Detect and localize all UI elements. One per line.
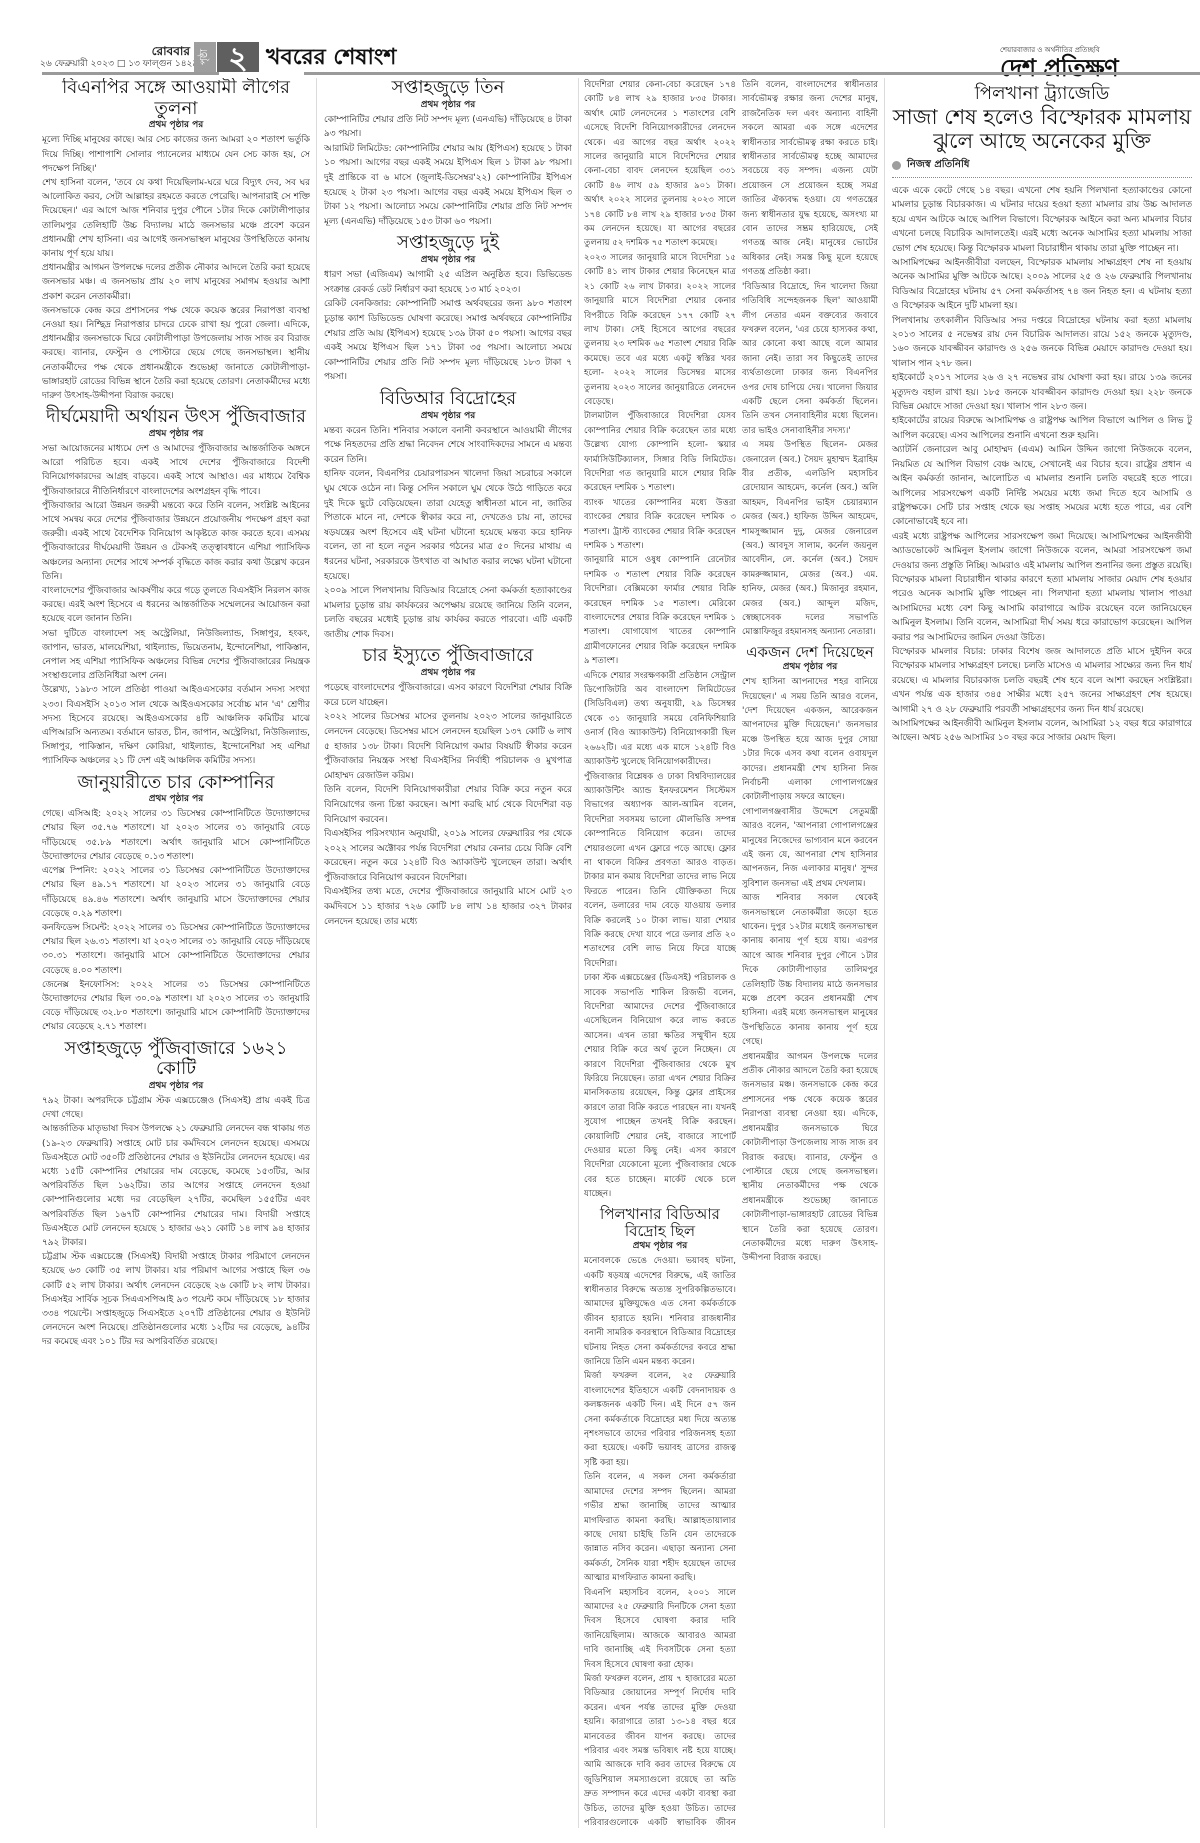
story-body: গেছে। এসিআই: ২০২২ সালের ৩১ ডিসেম্বর কোম্… — [42, 807, 310, 1034]
issue-dateline: ২৬ ফেব্রুয়ারী ২০২৩ □ ১৩ ফাল্গুন ১৪২৯ — [40, 58, 190, 70]
story-body: মন্তব্য করেন তিনি। শনিবার সকালে বনানী কব… — [324, 424, 572, 643]
paragraph: ৭৯২ টাকা। অপরদিকে চট্টগ্রাম স্টক এক্সচেঞ… — [42, 1094, 310, 1122]
paragraph: চট্টগ্রাম স্টক এক্সচেঞ্জে (সিএসই) বিদায়… — [42, 1250, 310, 1349]
paragraph: শেখ হাসিনা বলেন, 'তবে যে কথা দিয়েছিলাম-… — [42, 176, 310, 261]
paragraph: পুঁজিবাজার আরো উন্নয়ন জরুরী মন্তব্যে কর… — [42, 499, 310, 584]
paragraph: তিনি বলেন, এ সকল সেনা কর্মকর্তারা আমাদের… — [584, 1470, 736, 1585]
paragraph: মির্জা ফখরুল বলেন, প্রায় ৭ হাজারের মতো … — [584, 1672, 736, 1833]
paragraph: কনফিডেন্স সিমেন্ট: ২০২২ সালের ৩১ ডিসেম্ব… — [42, 921, 310, 978]
paragraph: এ সময় উপস্থিত ছিলেন- মেজর জেনারেল (অব.)… — [742, 438, 878, 640]
story-pilkhana-tragedy: পিলখানা ট্র্যাজেডি সাজা শেষ হলেও বিস্ফোর… — [892, 84, 1192, 746]
story-bnp-awami: বিএনপির সঙ্গে আওয়ামী লীগের তুলনা প্রথম … — [42, 78, 310, 403]
paragraph: বিস্ফোরক মামলার বিচার: ঢাকার বিশেষ জজ আদ… — [892, 645, 1192, 717]
headline: জানুয়ারীতে চার কোম্পানির — [42, 773, 310, 794]
headline: সপ্তাহজুড়ে পুঁজিবাজারে ১৬২১ কোটি — [42, 1039, 310, 1080]
paragraph: মির্জা ফখরুল বলেন, ২৫ ফেব্রুয়ারি বাংলাদ… — [584, 1369, 736, 1470]
paragraph: মূল্যে দিচ্ছি মানুষের কাছে। আর সেচ কাজের… — [42, 133, 310, 176]
paragraph: হাইকোর্টে ২০১৭ সালের ২৬ ও ২৭ নভেম্বর রায… — [892, 371, 1192, 414]
paragraph: শেখ হাসিনা আপনাদের শহর বানিয়ে দিয়েছেন।… — [742, 675, 878, 805]
issue-day: রোববার — [40, 44, 190, 58]
story-weekly-three: সপ্তাহজুড়ে তিন প্রথম পৃষ্ঠার পর কোম্পান… — [324, 78, 572, 229]
paragraph: এদিকে শেয়ার সংরক্ষণকারী প্রতিষ্ঠান সেন্… — [584, 669, 736, 770]
paragraph: মনোবলকে ভেঙে দেওয়া। ভয়াবহ ঘটনা, একটি ষ… — [584, 1254, 736, 1369]
continued-label: প্রথম পৃষ্ঠার পর — [42, 428, 310, 440]
story-body: মনোবলকে ভেঙে দেওয়া। ভয়াবহ ঘটনা, একটি ষ… — [584, 1254, 736, 1833]
continued-label: প্রথম পৃষ্ঠার পর — [324, 410, 572, 422]
page-label: পৃষ্ঠা — [194, 42, 216, 72]
story-weekly-two: সপ্তাহজুড়ে দুই প্রথম পৃষ্ঠার পর ধারণ সভ… — [324, 233, 572, 384]
paragraph: কোম্পানিটির শেয়ার প্রতি নিট সম্পদ মূল্য… — [324, 113, 572, 142]
headline-line-1: সাজা শেষ হলেও বিস্ফোরক মামলায় — [892, 105, 1192, 129]
story-body: একে একে কেটে গেছে ১৪ বছর। এখনো শেষ হয়নি… — [892, 184, 1192, 746]
story-bdr-aftermath: বিডিআর বিদ্রোহের প্রথম পৃষ্ঠার পর মন্তব্… — [324, 389, 572, 643]
paragraph: ২০২৩ সালের জানুয়ারি মাসে বিদেশিরা ১৫ কো… — [584, 251, 736, 409]
paragraph: জেনেক্স ইনফোসিস: ২০২২ সালের ৩১ ডিসেম্বর … — [42, 978, 310, 1035]
paragraph: পড়েছে বাংলাদেশের পুঁজিবাজারে। এসব কারণে… — [324, 681, 572, 710]
continued-label: প্রথম পৃষ্ঠার পর — [42, 119, 310, 131]
continued-label: প্রথম পৃষ্ঠার পর — [742, 661, 878, 673]
story-body: কোম্পানিটির শেয়ার প্রতি নিট সম্পদ মূল্য… — [324, 113, 572, 230]
paragraph: বিদেশিরা শেয়ার কেনা-বেচা করেছেন ১৭৪ কোট… — [584, 78, 736, 251]
paragraph: সভা আয়োজনের মাধ্যমে দেশ ও আমাদের পুঁজিব… — [42, 442, 310, 499]
paragraph: বিস্ফোরক মামলা বিচারাধীন থাকার কারণে হত্… — [892, 573, 1192, 645]
paragraph: আসামিপক্ষের আইনজীবীরা বলছেন, বিস্ফোরক মা… — [892, 256, 1192, 314]
masthead: রোববার ২৬ ফেব্রুয়ারী ২০২৩ □ ১৩ ফাল্গুন … — [0, 0, 1200, 70]
paragraph: ব্যাংক খাতের কোম্পানির মধ্যে উত্তরা ব্যা… — [584, 496, 736, 554]
column-right: পিলখানা ট্র্যাজেডি সাজা শেষ হলেও বিস্ফোর… — [892, 78, 1192, 1833]
story-body: সভা আয়োজনের মাধ্যমে দেশ ও আমাদের পুঁজিব… — [42, 442, 310, 769]
kicker: পিলখানা ট্র্যাজেডি — [892, 84, 1192, 105]
headline-line-2: ঝুলে আছে অনেকের মুক্তি — [892, 129, 1192, 153]
column-center-right: তিনি বলেন, বাংলাদেশের স্বাধীনতার সার্বভৌ… — [742, 78, 878, 1833]
page-number-badge: ২ — [217, 42, 259, 72]
paragraph: হাইকোর্টের রায়ের বিরুদ্ধে আসামিপক্ষ ও র… — [892, 414, 1192, 443]
paragraph: উল্লেখ্য, ১৯৮৩ সালে প্রতিষ্ঠা পাওয়া আইও… — [42, 683, 310, 768]
paragraph: বিএনপি মহাসচিব বলেন, ২০০১ সালে আমাদের ২৫… — [584, 1586, 736, 1672]
paragraph: বিএসইসির পরিসংখ্যান অনুযায়ী, ২০১৯ সালের… — [324, 827, 572, 885]
story-long-term-finance: দীর্ঘমেয়াদী অর্থায়ন উৎস পুঁজিবাজার প্র… — [42, 407, 310, 768]
story-body: শেখ হাসিনা আপনাদের শহর বানিয়ে দিয়েছেন।… — [742, 675, 878, 1266]
paragraph: এপেক্স স্পিনিং: ২০২২ সালের ৩১ ডিসেম্বর ক… — [42, 864, 310, 921]
issue-date-block: রোববার ২৬ ফেব্রুয়ারী ২০২৩ □ ১৩ ফাল্গুন … — [40, 44, 190, 70]
paragraph: ঢাকা স্টক এক্সচেঞ্জের (ডিএসই) পরিচালক ও … — [584, 971, 736, 1202]
paragraph: আন্তর্জাতিক মাতৃভাষা দিবস উপলক্ষে ২১ ফেব… — [42, 1122, 310, 1250]
paragraph: আজ শনিবার সকাল থেকেই জনসভাস্থলে নেতাকর্ম… — [742, 891, 878, 1049]
paragraph: একে একে কেটে গেছে ১৪ বছর। এখনো শেষ হয়নি… — [892, 184, 1192, 256]
continued-label: প্রথম পৃষ্ঠার পর — [324, 667, 572, 679]
paragraph: প্রধানমন্ত্রীর আগমন উপলক্ষে দলের প্রতীক … — [42, 261, 310, 304]
paragraph: ধারণ সভা (এজিএম) আগামী ২৫ এপ্রিল অনুষ্ঠি… — [324, 268, 572, 297]
paragraph: এরই মধ্যে রাষ্ট্রপক্ষ আপিলের সারসংক্ষেপ … — [892, 530, 1192, 573]
column-left: বিএনপির সঙ্গে আওয়ামী লীগের তুলনা প্রথম … — [42, 78, 310, 1833]
column-divider — [578, 78, 579, 1828]
story-one-gave-country: একজন দেশ দিয়েছেন প্রথম পৃষ্ঠার পর শেখ হ… — [742, 644, 878, 1266]
paragraph: 'বিডিআর বিদ্রোহে, দিন খালেদা জিয়া গতিবি… — [742, 280, 878, 438]
story-body: ৭৯২ টাকা। অপরদিকে চট্টগ্রাম স্টক এক্সচেঞ… — [42, 1094, 310, 1350]
paragraph: গোপালগঞ্জবাসীর উদ্দেশে সেতুমন্ত্রী আরও ব… — [742, 805, 878, 891]
paragraph: জানুয়ারি মাসে ওষুধ কোম্পানি রেনেটার দশম… — [584, 553, 736, 668]
column-center-left: সপ্তাহজুড়ে তিন প্রথম পৃষ্ঠার পর কোম্পান… — [324, 78, 572, 1833]
story-sovereignty: তিনি বলেন, বাংলাদেশের স্বাধীনতার সার্বভৌ… — [742, 78, 878, 640]
section-title: খবরের শেষাংশ — [266, 44, 396, 72]
story-body: মূল্যে দিচ্ছি মানুষের কাছে। আর সেচ কাজের… — [42, 133, 310, 403]
paragraph: প্রধানমন্ত্রীর আগমন উপলক্ষে দলের প্রতীক … — [742, 1050, 878, 1266]
headline: সপ্তাহজুড়ে তিন — [324, 78, 572, 99]
paragraph: ২০২২ সালের ডিসেম্বর মাসের তুলনায় ২০২৩ স… — [324, 710, 572, 783]
continued-label: প্রথম পৃষ্ঠার পর — [584, 1240, 736, 1252]
paragraph: পিলখানায় তৎকালীন বিডিআর সদর দপ্তরে বিদ্… — [892, 314, 1192, 372]
paragraph: গেছে। এসিআই: ২০২২ সালের ৩১ ডিসেম্বর কোম্… — [42, 807, 310, 864]
paragraph: জনসভাকে কেন্দ্র করে প্রশাসনের পক্ষ থেকে … — [42, 304, 310, 403]
continued-label: প্রথম পৃষ্ঠার পর — [42, 793, 310, 805]
story-body: তিনি বলেন, বাংলাদেশের স্বাধীনতার সার্বভৌ… — [742, 78, 878, 640]
story-weekly-1621: সপ্তাহজুড়ে পুঁজিবাজারে ১৬২১ কোটি প্রথম … — [42, 1039, 310, 1350]
byline-text: নিজস্ব প্রতিনিধি — [907, 157, 969, 174]
column-center: বিদেশিরা শেয়ার কেনা-বেচা করেছেন ১৭৪ কোট… — [584, 78, 736, 1833]
paragraph: রেকিট বেনকিজার: কোম্পানিটি সমাপ্ত অর্থবছ… — [324, 297, 572, 385]
story-four-companies: জানুয়ারীতে চার কোম্পানির প্রথম পৃষ্ঠার … — [42, 773, 310, 1035]
headline: পিলখানার বিডিআর বিদ্রোহ ছিল — [584, 1206, 736, 1241]
headline: বিএনপির সঙ্গে আওয়ামী লীগের তুলনা — [42, 78, 310, 119]
story-body: পড়েছে বাংলাদেশের পুঁজিবাজারে। এসব কারণে… — [324, 681, 572, 929]
paragraph: পুঁজিবাজার বিশ্লেষক ও ঢাকা বিশ্ববিদ্যালয… — [584, 770, 736, 972]
byline: নিজস্ব প্রতিনিধি — [892, 157, 1192, 174]
story-body: বিদেশিরা শেয়ার কেনা-বেচা করেছেন ১৭৪ কোট… — [584, 78, 736, 1202]
story-foreign-trade: বিদেশিরা শেয়ার কেনা-বেচা করেছেন ১৭৪ কোট… — [584, 78, 736, 1202]
continued-label: প্রথম পৃষ্ঠার পর — [324, 254, 572, 266]
headline: দীর্ঘমেয়াদী অর্থায়ন উৎস পুঁজিবাজার — [42, 407, 310, 428]
newspaper-logo: শেয়ারবাজার ও অর্থনীতির প্রতিচ্ছবি দেশ প… — [1000, 46, 1190, 81]
story-four-issues: চার ইস্যুতে পুঁজিবাজারে প্রথম পৃষ্ঠার পর… — [324, 646, 572, 929]
paragraph: তিনি বলেন, বাংলাদেশের স্বাধীনতার সার্বভৌ… — [742, 78, 878, 280]
paragraph: টালমাটাল পুঁজিবাজারে বিদেশিরা যেসব কোম্প… — [584, 409, 736, 495]
paragraph: আরামিট লিমিটেড: কোম্পানিটির শেয়ার আয় (… — [324, 142, 572, 230]
paragraph: সভা দুটিতে বাংলাদেশ সহ অস্ট্রেলিয়া, নিউ… — [42, 627, 310, 684]
headline: সপ্তাহজুড়ে দুই — [324, 233, 572, 254]
headline: বিডিআর বিদ্রোহের — [324, 389, 572, 410]
bullet-icon — [892, 161, 901, 170]
paragraph: বিএসইসির তথ্য মতে, দেশের পুঁজিবাজারে জান… — [324, 885, 572, 929]
headline: চার ইস্যুতে পুঁজিবাজারে — [324, 646, 572, 667]
paragraph: আসামিপক্ষের আইনজীবী আমিনুল ইসলাম বলেন, আ… — [892, 717, 1192, 746]
paragraph: অ্যাটর্নি জেনারেল আবু মোহাম্মদ (এএম) আমি… — [892, 443, 1192, 529]
dotted-divider — [892, 177, 1192, 178]
masthead-rule-left — [42, 72, 219, 75]
paragraph: হানিফ বলেন, বিএনপির চেয়ারপারসন খালেদা জ… — [324, 467, 572, 584]
story-pilkhana-mutiny: পিলখানার বিডিআর বিদ্রোহ ছিল প্রথম পৃষ্ঠা… — [584, 1206, 736, 1833]
masthead-rule-right — [304, 72, 1200, 75]
continued-label: প্রথম পৃষ্ঠার পর — [324, 99, 572, 111]
paragraph: মন্তব্য করেন তিনি। শনিবার সকালে বনানী কব… — [324, 424, 572, 468]
column-divider — [884, 78, 885, 1828]
continued-label: প্রথম পৃষ্ঠার পর — [42, 1080, 310, 1092]
paragraph: বাংলাদেশের পুঁজিবাজার আকর্ষণীয় করে গড়ে… — [42, 584, 310, 627]
column-divider — [316, 78, 317, 1828]
headline: একজন দেশ দিয়েছেন — [742, 644, 878, 661]
paragraph: তিনি বলেন, বিদেশি বিনিয়োগকারীরা শেয়ার … — [324, 783, 572, 827]
paragraph: ২০০৯ সালে পিলখানায় বিডিআর বিদ্রোহে সেনা… — [324, 584, 572, 642]
story-body: ধারণ সভা (এজিএম) আগামী ২৫ এপ্রিল অনুষ্ঠি… — [324, 268, 572, 385]
